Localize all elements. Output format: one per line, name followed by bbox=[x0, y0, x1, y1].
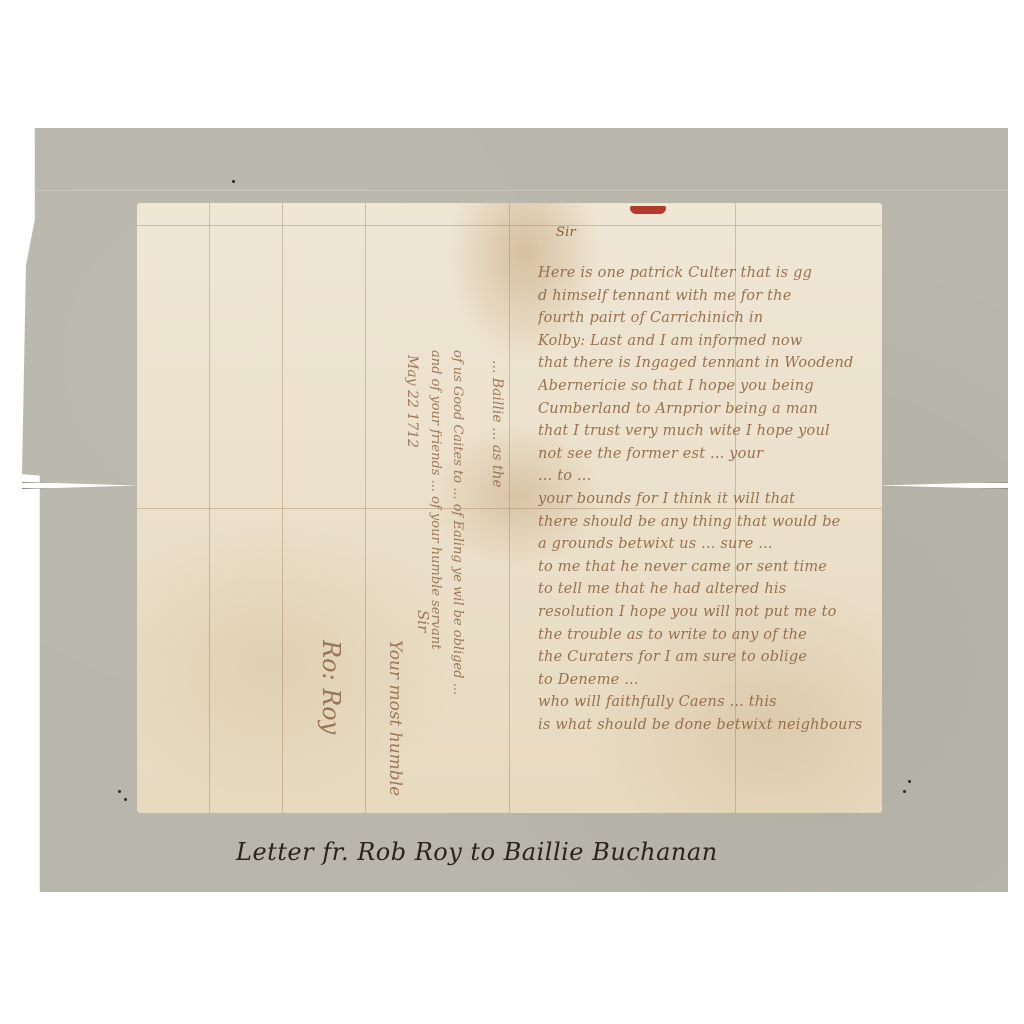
letter-line: who will faithfully Caens ... this bbox=[538, 691, 878, 714]
fold-line bbox=[137, 225, 882, 226]
letter-line: your bounds for I think it will that bbox=[538, 488, 878, 511]
closing-line: Your most humble bbox=[385, 640, 405, 796]
letter-body-text: Here is one patrick Culter that is gg d … bbox=[538, 262, 878, 736]
signature: Ro: Roy bbox=[317, 640, 345, 734]
letter-line: not see the former est ... your bbox=[538, 443, 878, 466]
letter-greeting: Sir bbox=[556, 222, 576, 245]
pin-hole bbox=[124, 798, 127, 801]
letter-line: Kolby: Last and I am informed now bbox=[538, 330, 878, 353]
letter-line: Cumberland to Arnprior being a man bbox=[538, 398, 878, 421]
pin-hole bbox=[903, 790, 906, 793]
wax-seal-fragment bbox=[630, 206, 666, 214]
letter-line: d himself tennant with me for the bbox=[538, 285, 878, 308]
letter-line: to me that he never came or sent time bbox=[538, 556, 878, 579]
letter-line: is what should be done betwixt neighbour… bbox=[538, 714, 878, 737]
date-line: May 22 1712 bbox=[404, 355, 420, 448]
letter-line: to Deneme ... bbox=[538, 669, 878, 692]
letter-line: to tell me that he had altered his bbox=[538, 578, 878, 601]
letter-line: a grounds betwixt us ... sure ... bbox=[538, 533, 878, 556]
letter-line: the Curaters for I am sure to oblige bbox=[538, 646, 878, 669]
handwritten-caption: Letter fr. Rob Roy to Baillie Buchanan bbox=[236, 838, 718, 866]
letter-line: that I trust very much wite I hope youl bbox=[538, 420, 878, 443]
letter-line: resolution I hope you will not put me to bbox=[538, 601, 878, 624]
pin-hole bbox=[232, 180, 235, 183]
mount-fold-line bbox=[22, 190, 1008, 191]
verso-line: of us Good Caites to ... of Ealing ye wi… bbox=[450, 350, 465, 695]
letter-line: fourth pairt of Carrichinich in bbox=[538, 307, 878, 330]
letter-line: Abernericie so that I hope you being bbox=[538, 375, 878, 398]
letter-line: the trouble as to write to any of the bbox=[538, 624, 878, 647]
verso-line: ... Baillie ... as the bbox=[489, 360, 505, 488]
pin-hole bbox=[118, 790, 121, 793]
letter-line: that there is Ingaged tennant in Woodend bbox=[538, 352, 878, 375]
salutation-sir: Sir bbox=[414, 610, 432, 632]
letter-line: ... to ... bbox=[538, 465, 878, 488]
pin-hole bbox=[908, 780, 911, 783]
letter-line: Here is one patrick Culter that is gg bbox=[538, 262, 878, 285]
verso-line: and of your friends ... of your humble s… bbox=[428, 350, 443, 649]
letter-line: there should be any thing that would be bbox=[538, 511, 878, 534]
